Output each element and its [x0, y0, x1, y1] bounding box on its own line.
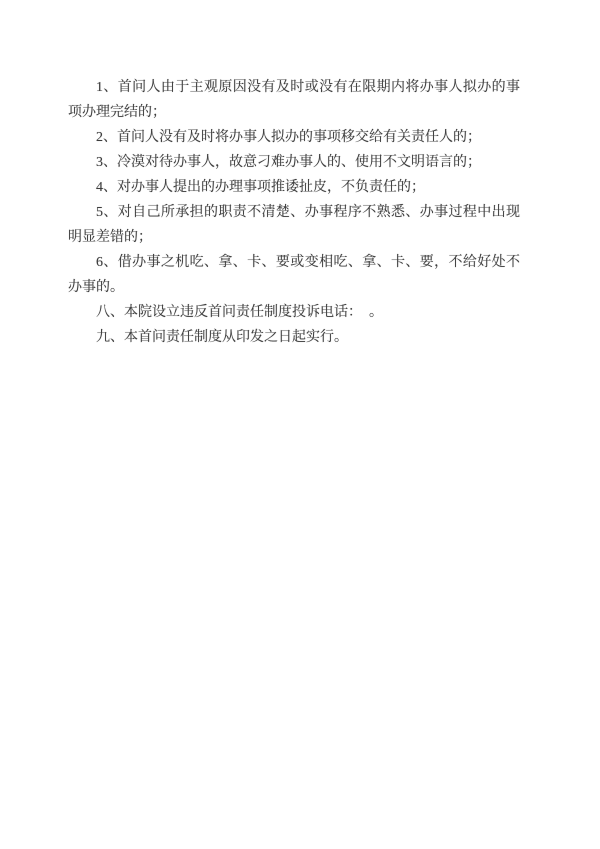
clause-2: 2、首问人没有及时将办事人拟办的事项移交给有关责任人的；	[68, 125, 520, 150]
section-8: 八、本院设立违反首问责任制度投诉电话： 。	[68, 300, 520, 325]
document-text-block: 1、首问人由于主观原因没有及时或没有在限期内将办事人拟办的事项办理完结的； 2、…	[68, 75, 520, 350]
clause-4: 4、对办事人提出的办理事项推诿扯皮，不负责任的；	[68, 175, 520, 200]
clause-5: 5、对自己所承担的职责不清楚、办事程序不熟悉、办事过程中出现明显差错的；	[68, 200, 520, 250]
clause-6: 6、借办事之机吃、拿、卡、要或变相吃、拿、卡、要，不给好处不办事的。	[68, 250, 520, 300]
clause-1: 1、首问人由于主观原因没有及时或没有在限期内将办事人拟办的事项办理完结的；	[68, 75, 520, 125]
clause-3: 3、冷漠对待办事人，故意刁难办事人的、使用不文明语言的；	[68, 150, 520, 175]
section-9: 九、本首问责任制度从印发之日起实行。	[68, 325, 520, 350]
document-page: 1、首问人由于主观原因没有及时或没有在限期内将办事人拟办的事项办理完结的； 2、…	[0, 0, 600, 849]
